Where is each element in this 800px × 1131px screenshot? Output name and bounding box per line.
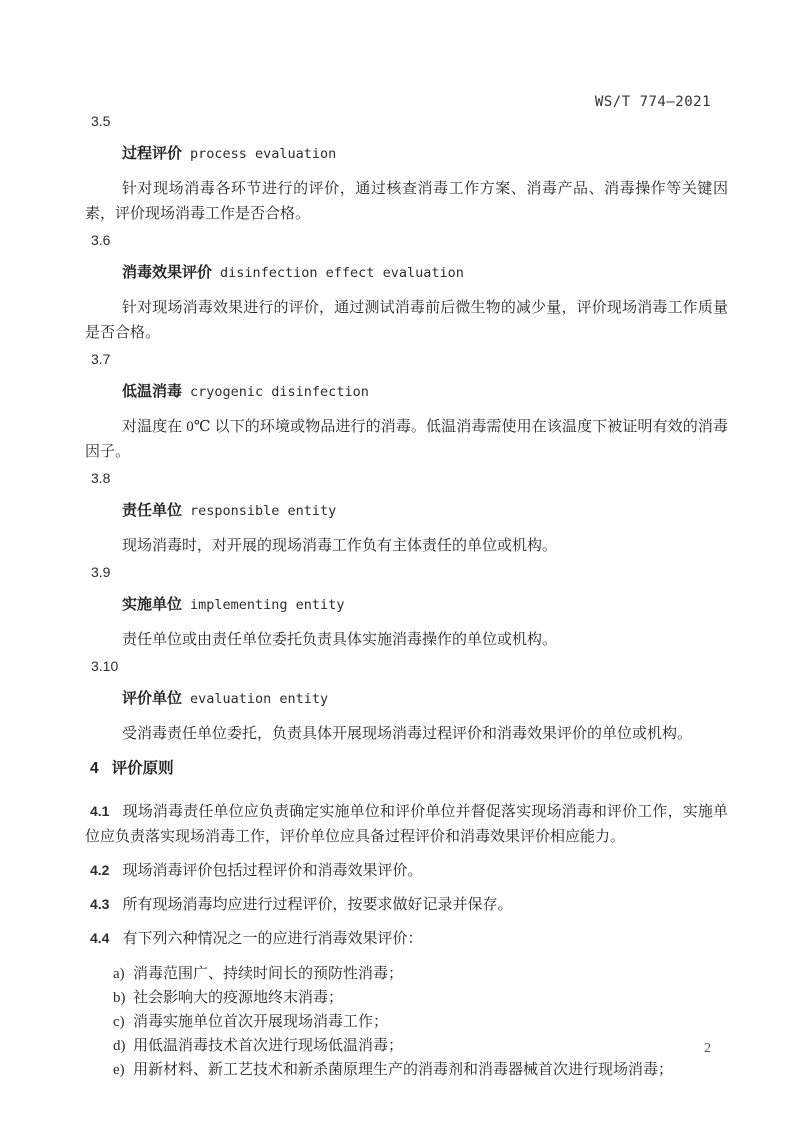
clause-number: 3.5 (91, 113, 728, 129)
clause-text: 有下列六种情况之一的应进行消毒效果评价： (122, 931, 422, 947)
term-chinese: 低温消毒 (122, 383, 182, 400)
clause-number: 3.10 (91, 658, 728, 674)
section-4-heading: 4评价原则 (90, 760, 728, 778)
list-item-label: b) (113, 986, 133, 1010)
term-heading: 消毒效果评价disinfection effect evaluation (122, 264, 728, 282)
term-english: evaluation entity (190, 691, 328, 707)
clause-number: 4.1 (90, 803, 109, 819)
page-number: 2 (704, 1040, 711, 1056)
term-section-3-5: 3.5 过程评价process evaluation 针对现场消毒各环节进行的评… (85, 113, 728, 227)
list-item-text: 消毒实施单位首次开展现场消毒工作； (133, 1014, 388, 1030)
clause-text: 现场消毒评价包括过程评价和消毒效果评价。 (122, 863, 422, 879)
clause-4-1: 4.1现场消毒责任单位应负责确定实施单位和评价单位并督促落实现场消毒和评价工作，… (85, 799, 728, 850)
list-item-text: 消毒范围广、持续时间长的预防性消毒； (133, 966, 403, 982)
term-heading: 低温消毒cryogenic disinfection (122, 383, 728, 401)
term-definition: 对温度在 0℃ 以下的环境或物品进行的消毒。低温消毒需使用在该温度下被证明有效的… (85, 415, 728, 465)
term-heading: 过程评价process evaluation (122, 145, 728, 163)
term-section-3-9: 3.9 实施单位implementing entity 责任单位或由责任单位委托… (85, 564, 728, 653)
list-item-text: 社会影响大的疫源地终末消毒； (133, 990, 343, 1006)
term-english: responsible entity (190, 503, 336, 519)
list-item-b: b)社会影响大的疫源地终末消毒； (113, 986, 728, 1010)
clause-number: 3.6 (91, 232, 728, 248)
document-page: WS/T 774—2021 3.5 过程评价process evaluation… (0, 0, 800, 1131)
clause-number: 3.7 (91, 351, 728, 367)
clause-number: 4.3 (90, 896, 109, 912)
term-chinese: 评价单位 (122, 690, 182, 707)
term-heading: 评价单位evaluation entity (122, 690, 728, 708)
term-heading: 责任单位responsible entity (122, 502, 728, 520)
term-definition: 受消毒责任单位委托，负责具体开展现场消毒过程评价和消毒效果评价的单位或机构。 (85, 722, 728, 747)
list-item-c: c)消毒实施单位首次开展现场消毒工作； (113, 1010, 728, 1034)
list-item-e: e)用新材料、新工艺技术和新杀菌原理生产的消毒剂和消毒器械首次进行现场消毒； (113, 1058, 728, 1082)
list-item-label: e) (113, 1058, 133, 1082)
page-content: 3.5 过程评价process evaluation 针对现场消毒各环节进行的评… (85, 0, 728, 1082)
term-chinese: 责任单位 (122, 502, 182, 519)
clause-4-2: 4.2现场消毒评价包括过程评价和消毒效果评价。 (85, 858, 728, 884)
list-item-text: 用低温消毒技术首次进行现场低温消毒； (133, 1038, 403, 1054)
clause-number: 3.8 (91, 470, 728, 486)
term-chinese: 消毒效果评价 (122, 264, 212, 281)
list-item-a: a)消毒范围广、持续时间长的预防性消毒； (113, 962, 728, 986)
term-section-3-8: 3.8 责任单位responsible entity 现场消毒时，对开展的现场消… (85, 470, 728, 559)
term-definition: 责任单位或由责任单位委托负责具体实施消毒操作的单位或机构。 (85, 628, 728, 653)
term-section-3-7: 3.7 低温消毒cryogenic disinfection 对温度在 0℃ 以… (85, 351, 728, 465)
term-english: cryogenic disinfection (190, 384, 369, 400)
term-definition: 针对现场消毒效果进行的评价，通过测试消毒前后微生物的减少量，评价现场消毒工作质量… (85, 296, 728, 346)
term-english: disinfection effect evaluation (220, 265, 464, 281)
clause-4-3: 4.3所有现场消毒均应进行过程评价，按要求做好记录并保存。 (85, 892, 728, 918)
condition-list: a)消毒范围广、持续时间长的预防性消毒； b)社会影响大的疫源地终末消毒； c)… (113, 962, 728, 1082)
clause-4-4: 4.4有下列六种情况之一的应进行消毒效果评价： (85, 926, 728, 952)
section-title: 评价原则 (112, 760, 174, 777)
term-section-3-6: 3.6 消毒效果评价disinfection effect evaluation… (85, 232, 728, 346)
section-number: 4 (90, 760, 99, 777)
list-item-d: d)用低温消毒技术首次进行现场低温消毒； (113, 1034, 728, 1058)
term-section-3-10: 3.10 评价单位evaluation entity 受消毒责任单位委托，负责具… (85, 658, 728, 747)
clause-number: 3.9 (91, 564, 728, 580)
list-item-label: c) (113, 1010, 133, 1034)
clause-number: 4.4 (90, 930, 109, 946)
clause-text: 所有现场消毒均应进行过程评价，按要求做好记录并保存。 (122, 897, 512, 913)
term-chinese: 过程评价 (122, 145, 182, 162)
term-english: implementing entity (190, 597, 344, 613)
term-definition: 针对现场消毒各环节进行的评价，通过核查消毒工作方案、消毒产品、消毒操作等关键因素… (85, 177, 728, 227)
term-heading: 实施单位implementing entity (122, 596, 728, 614)
clause-text: 现场消毒责任单位应负责确定实施单位和评价单位并督促落实现场消毒和评价工作，实施单… (85, 804, 728, 845)
list-item-label: d) (113, 1034, 133, 1058)
term-english: process evaluation (190, 146, 336, 162)
list-item-label: a) (113, 962, 133, 986)
list-item-text: 用新材料、新工艺技术和新杀菌原理生产的消毒剂和消毒器械首次进行现场消毒； (133, 1062, 673, 1078)
term-chinese: 实施单位 (122, 596, 182, 613)
clause-number: 4.2 (90, 862, 109, 878)
term-definition: 现场消毒时，对开展的现场消毒工作负有主体责任的单位或机构。 (85, 534, 728, 559)
